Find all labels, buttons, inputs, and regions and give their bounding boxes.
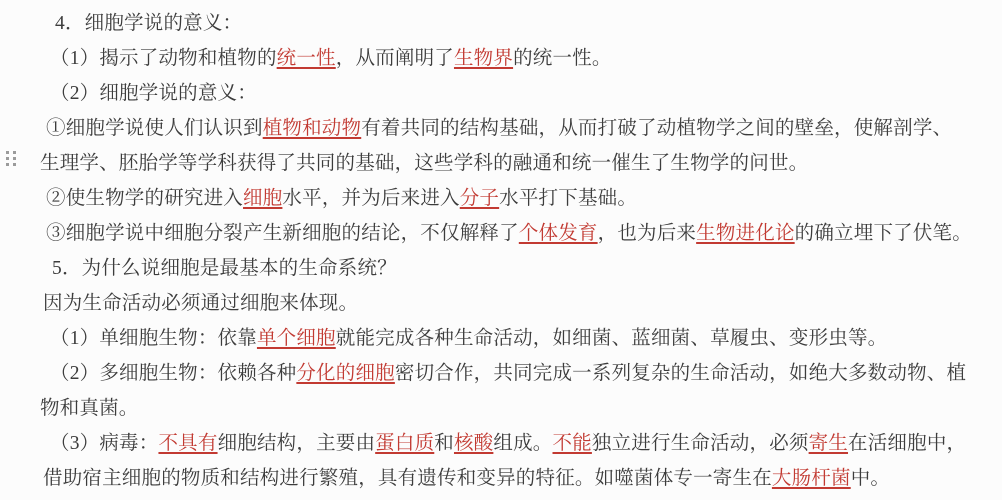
text-segment: 密切合作，共同完成一系列复杂的生命活动，如绝大多数动物、植: [395, 363, 966, 384]
highlight-term: 生物界: [454, 48, 513, 69]
text-line: 物和真菌。: [40, 391, 1002, 426]
text-line: （2）细胞学说的意义：: [40, 76, 1002, 111]
text-line: （1）单细胞生物：依靠单个细胞就能完成各种生命活动，如细菌、蓝细菌、草履虫、变形…: [40, 321, 1002, 356]
text-segment: 组成。: [493, 433, 552, 454]
text-segment: 在活细胞中，: [848, 433, 966, 454]
highlight-term: 分化的细胞: [296, 363, 395, 384]
text-segment: 生理学、胚胎学等学科获得了共同的基础，这些学科的融通和统一催生了生物学的问世。: [40, 153, 808, 174]
highlight-term: 单个细胞: [257, 328, 336, 349]
text-segment: 5．为什么说细胞是最基本的生命系统？: [52, 258, 397, 279]
text-segment: 水平打下基础。: [499, 188, 637, 209]
text-segment: 有着共同的结构基础，从而打破了动植物学之间的壁垒，使解剖学、: [361, 118, 952, 139]
text-segment: 4．细胞学说的意义：: [55, 13, 242, 34]
text-segment: 的确立埋下了伏笔。: [795, 223, 972, 244]
text-segment: 独立进行生命活动，必须: [592, 433, 809, 454]
text-segment: （3）病毒：: [50, 433, 158, 454]
text-line: ①细胞学说使人们认识到植物和动物有着共同的结构基础，从而打破了动植物学之间的壁垒…: [40, 111, 1002, 146]
text-segment: ①细胞学说使人们认识到: [46, 118, 263, 139]
highlight-term: 细胞: [243, 188, 282, 209]
highlight-term: 生物进化论: [696, 223, 795, 244]
document-body: 4．细胞学说的意义：（1）揭示了动物和植物的统一性，从而阐明了生物界的统一性。（…: [0, 0, 1002, 496]
text-line: 5．为什么说细胞是最基本的生命系统？: [40, 251, 1002, 286]
text-segment: （1）单细胞生物：依靠: [50, 328, 257, 349]
text-segment: ③细胞学说中细胞分裂产生新细胞的结论，不仅解释了: [46, 223, 519, 244]
text-segment: ，从而阐明了: [336, 48, 454, 69]
text-segment: 因为生命活动必须通过细胞来体现。: [43, 293, 358, 314]
highlight-term: 大肠杆菌: [772, 468, 851, 489]
highlight-term: 不能: [553, 433, 592, 454]
text-segment: 中。: [851, 468, 890, 489]
text-segment: 借助宿主细胞的物质和结构进行繁殖，具有遗传和变异的特征。如噬菌体专一寄生在: [43, 468, 772, 489]
text-line: 因为生命活动必须通过细胞来体现。: [40, 286, 1002, 321]
text-segment: （1）揭示了动物和植物的: [50, 48, 277, 69]
text-line: （1）揭示了动物和植物的统一性，从而阐明了生物界的统一性。: [40, 41, 1002, 76]
highlight-term: 不具有: [158, 433, 217, 454]
text-segment: 就能完成各种生命活动，如细菌、蓝细菌、草履虫、变形虫等。: [336, 328, 888, 349]
text-segment: 的统一性。: [513, 48, 612, 69]
text-line: （2）多细胞生物：依赖各种分化的细胞密切合作，共同完成一系列复杂的生命活动，如绝…: [40, 356, 1002, 391]
text-line: 4．细胞学说的意义：: [40, 6, 1002, 41]
highlight-term: 分子: [460, 188, 499, 209]
text-segment: 细胞结构，主要由: [218, 433, 376, 454]
text-segment: ②使生物学的研究进入: [46, 188, 243, 209]
highlight-term: 植物和动物: [263, 118, 362, 139]
text-line: 生理学、胚胎学等学科获得了共同的基础，这些学科的融通和统一催生了生物学的问世。: [40, 146, 1002, 181]
text-segment: （2）多细胞生物：依赖各种: [50, 363, 296, 384]
highlight-term: 蛋白质: [375, 433, 434, 454]
text-segment: （2）细胞学说的意义：: [50, 83, 257, 104]
text-segment: 和: [434, 433, 454, 454]
text-line: （3）病毒：不具有细胞结构，主要由蛋白质和核酸组成。不能独立进行生命活动，必须寄…: [40, 426, 1002, 461]
text-line: 借助宿主细胞的物质和结构进行繁殖，具有遗传和变异的特征。如噬菌体专一寄生在大肠杆…: [40, 461, 1002, 496]
text-line: ③细胞学说中细胞分裂产生新细胞的结论，不仅解释了个体发育，也为后来生物进化论的确…: [40, 216, 1002, 251]
text-segment: 水平，并为后来进入: [282, 188, 459, 209]
highlight-term: 统一性: [277, 48, 336, 69]
highlight-term: 核酸: [454, 433, 493, 454]
highlight-term: 寄生: [809, 433, 848, 454]
text-segment: ，也为后来: [598, 223, 697, 244]
text-segment: 物和真菌。: [40, 398, 139, 419]
highlight-term: 个体发育: [519, 223, 598, 244]
text-line: ②使生物学的研究进入细胞水平，并为后来进入分子水平打下基础。: [40, 181, 1002, 216]
